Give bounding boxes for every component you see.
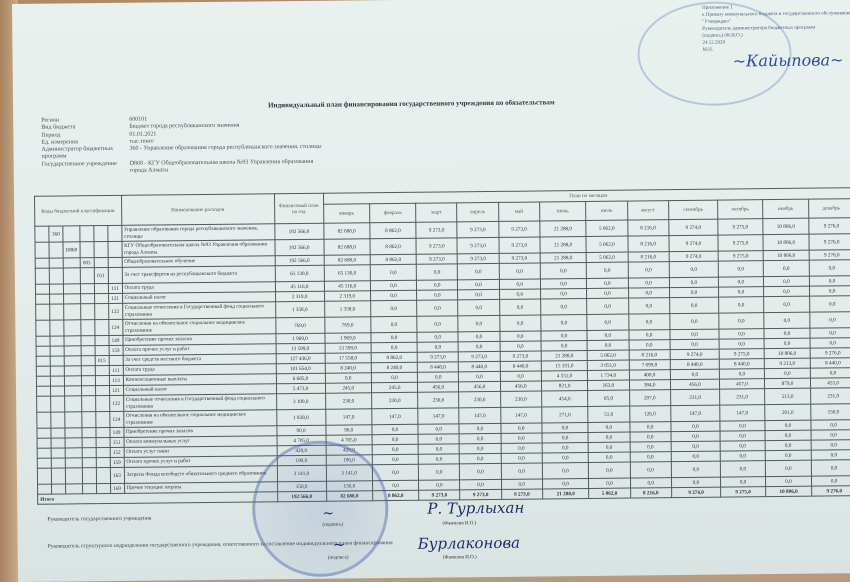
code-cell: 151 [110, 437, 124, 447]
month-value: 0,0 [587, 278, 628, 288]
annual-plan: 769,0 [275, 317, 324, 334]
expense-name: КГУ Общеобразовательная школа №93 Управл… [122, 240, 275, 258]
expense-name: Социальные отчисления в Государственный … [122, 302, 275, 320]
code-cell [51, 396, 65, 412]
code-cell [95, 366, 109, 376]
month-value: 0,0 [370, 264, 416, 280]
month-value: 0,0 [588, 442, 629, 452]
month-value: 65 130,0 [324, 265, 371, 281]
month-value: 207,0 [629, 390, 670, 406]
month-value: 0,0 [811, 420, 850, 430]
annual-plan: 192 566,0 [275, 255, 324, 266]
month-value: 82 688,0 [323, 223, 370, 239]
month-value: 9 275,0 [718, 219, 763, 235]
code-cell [79, 226, 93, 242]
month-value: 0,0 [416, 264, 457, 280]
code-cell [95, 376, 109, 386]
document-title: Индивидуальный план финансирования госуд… [268, 98, 555, 109]
code-cell [50, 366, 64, 376]
month-value: 0,0 [587, 330, 628, 340]
code-cell [81, 346, 95, 356]
code-cell [50, 304, 64, 320]
month-value: 0,0 [541, 340, 588, 350]
header-month: декабрь [809, 199, 850, 218]
month-value: 9 275,0 [718, 235, 763, 251]
month-value: 0,0 [588, 432, 629, 442]
month-value: 0,0 [670, 339, 720, 350]
header-month: июль [586, 201, 627, 220]
annual-plan: 127 436,0 [276, 353, 325, 364]
month-value: 0,0 [372, 424, 418, 434]
code-cell [37, 438, 51, 448]
code-cell [95, 386, 109, 396]
header-month: март [416, 203, 457, 222]
code-cell: 159 [110, 457, 124, 467]
month-value: 0,0 [670, 329, 720, 340]
month-value: 201,0 [764, 404, 811, 420]
month-value: 8 440,0 [670, 359, 720, 370]
code-cell [65, 396, 82, 412]
month-value: 0,0 [765, 440, 812, 450]
annual-plan: 192 566,0 [275, 239, 324, 256]
annual-plan: 3 100,0 [276, 393, 325, 410]
code-cell [81, 428, 95, 438]
code-cell [35, 226, 49, 242]
code-cell [36, 376, 50, 386]
code-cell [50, 294, 64, 304]
month-value: 0,0 [460, 463, 501, 479]
month-value: 0,0 [810, 296, 850, 312]
code-cell [109, 355, 123, 365]
month-value: 0,0 [540, 288, 587, 298]
month-value: 0,0 [458, 279, 499, 289]
month-value: 0,0 [417, 280, 458, 290]
code-cell [49, 258, 63, 268]
month-value: 15 191,0 [541, 360, 588, 370]
month-value: 0,0 [589, 478, 630, 488]
header-month: сентябрь [668, 200, 718, 220]
code-cell [52, 484, 66, 494]
month-value: 9 273,0 [499, 253, 540, 263]
month-value: 0,0 [542, 432, 589, 442]
meta-row: Государственное учреждениеD868 - КГУ Общ… [42, 158, 330, 176]
code-cell: 159 [109, 345, 123, 355]
month-value: 0,0 [501, 443, 542, 453]
month-value: 0,0 [418, 372, 459, 382]
code-cell: 124 [108, 319, 122, 335]
month-value: 0,0 [501, 463, 542, 479]
month-value: 0,0 [459, 423, 500, 433]
month-value: 9 274,0 [670, 349, 720, 360]
month-value: 21 288,0 [540, 252, 587, 262]
month-value: 0,0 [540, 278, 587, 288]
month-value: 230,0 [418, 392, 459, 408]
approval-block: Приложение 1к Приказу коммунального бюдж… [702, 3, 833, 53]
document-meta: Регион600101Вид бюджетаБюджет города рес… [41, 115, 330, 176]
month-value: 0,0 [669, 261, 719, 278]
month-value: 9 276,0 [810, 348, 850, 358]
code-cell [50, 376, 64, 386]
month-value: 0,0 [810, 328, 850, 338]
code-cell [96, 438, 110, 448]
month-value: 0,0 [810, 276, 850, 286]
month-value: 0,0 [458, 289, 499, 299]
code-cell [63, 258, 80, 268]
month-value: 0,0 [541, 330, 588, 340]
code-cell [63, 284, 80, 294]
code-cell [64, 376, 81, 386]
code-cell [36, 320, 50, 336]
month-value: 513,0 [764, 388, 811, 404]
month-value: 231,0 [720, 389, 765, 405]
month-value: 0,0 [669, 287, 719, 298]
code-cell [81, 412, 95, 428]
month-value: 13 599,0 [325, 343, 372, 353]
total-month-value: 9 274,0 [671, 487, 721, 498]
header-month: февраль [370, 203, 416, 222]
month-value: 0,0 [419, 480, 460, 490]
code-cell: 124 [109, 411, 123, 427]
month-value: 0,0 [587, 288, 628, 298]
code-cell [63, 268, 80, 284]
month-value: 0,0 [542, 422, 589, 432]
month-value: 0,0 [501, 423, 542, 433]
code-cell [96, 468, 110, 484]
code-cell [64, 294, 81, 304]
month-value: 0,0 [417, 342, 458, 352]
total-month-value: 9 275,0 [721, 487, 766, 497]
month-value: 147,0 [720, 405, 765, 421]
month-value: 147,0 [418, 408, 459, 424]
month-value: 0,0 [765, 450, 812, 460]
annual-plan: 65 130,0 [275, 265, 324, 282]
month-value: 0,0 [630, 462, 671, 478]
month-value: 0,0 [587, 314, 628, 330]
month-value: 5 062,0 [586, 252, 627, 262]
code-cell [65, 438, 82, 448]
month-value: 8 862,0 [370, 238, 416, 254]
annual-plan: 101 654,0 [276, 363, 325, 374]
code-cell [36, 304, 50, 320]
month-value: 0,0 [500, 371, 541, 381]
month-value: 4 551,0 [541, 370, 588, 380]
month-value: 0,0 [541, 314, 588, 330]
month-value: 384,0 [629, 380, 670, 390]
month-value: 8 216,0 [627, 220, 668, 236]
code-cell: 003 [80, 258, 94, 268]
month-value: 879,0 [764, 378, 811, 388]
code-cell: 149 [109, 335, 123, 345]
header-month: май [498, 202, 539, 221]
code-cell [81, 396, 95, 412]
month-value: 0,0 [810, 286, 850, 296]
code-cell: 122 [109, 395, 123, 411]
total-month-value: 10 806,0 [765, 486, 812, 496]
approval-signature: ~Кайыпова~ [733, 50, 844, 70]
annual-plan: 1 969,0 [275, 333, 324, 344]
month-value: 0,0 [499, 279, 540, 289]
month-value: 456,0 [670, 379, 720, 390]
month-value: 8 440,0 [810, 358, 850, 368]
code-cell: D868 [63, 242, 80, 258]
code-cell [37, 396, 51, 412]
month-value: 457,0 [720, 379, 765, 389]
code-cell: 360 [49, 226, 63, 242]
code-cell [94, 242, 108, 258]
responsible-signature-caption: (подпись) [328, 556, 349, 561]
month-value: 147,0 [372, 408, 418, 424]
month-value: 9 275,0 [718, 251, 763, 261]
code-cell [82, 438, 96, 448]
month-value: 0,0 [763, 296, 810, 312]
month-value: 0,0 [417, 316, 458, 332]
month-value: 21 288,0 [540, 236, 587, 252]
code-cell [65, 428, 82, 438]
month-value: 9 275,0 [719, 349, 764, 359]
code-cell: 011 [94, 268, 108, 284]
code-cell [96, 448, 110, 458]
month-value: 0,0 [720, 431, 765, 441]
month-value: 0,0 [720, 369, 765, 379]
code-cell [35, 242, 49, 258]
code-cell [80, 320, 94, 336]
month-value: 0,0 [587, 262, 628, 278]
expense-name: Затраты Фонда всеобщего обязательного ср… [124, 466, 277, 484]
month-value: 0,0 [763, 276, 810, 286]
month-value: 0,0 [499, 299, 540, 315]
month-value: 0,0 [371, 300, 417, 316]
month-value: 8 440,0 [500, 361, 541, 371]
month-value: 9 276,0 [809, 250, 850, 260]
code-cell: 149 [109, 427, 123, 437]
month-value: 0,0 [458, 341, 499, 351]
month-value: 0,0 [669, 297, 719, 314]
code-cell [94, 320, 108, 336]
code-cell [37, 428, 51, 438]
month-value: 456,0 [418, 382, 459, 392]
month-value: 8 440,0 [719, 359, 764, 369]
month-value: 0,0 [720, 441, 765, 451]
month-value: 455,0 [811, 378, 850, 388]
code-cell: 152 [110, 447, 124, 457]
code-cell [37, 412, 51, 428]
expense-name: Управление образования города республика… [121, 224, 274, 242]
month-value: 85,0 [588, 390, 629, 406]
month-value: 0,0 [628, 330, 669, 340]
code-cell [95, 428, 109, 438]
code-cell [37, 458, 51, 468]
month-value: 9 274,0 [669, 251, 719, 262]
month-value: 1 969,0 [324, 333, 371, 343]
month-value: 0,0 [628, 262, 669, 278]
month-value: 51,0 [588, 406, 629, 422]
code-cell [64, 366, 81, 376]
month-value: 8 240,0 [371, 362, 417, 372]
month-value: 9 273,0 [459, 351, 500, 361]
month-value: 769,0 [324, 317, 371, 333]
month-value: 2 319,0 [324, 291, 371, 301]
month-value: 0,0 [719, 287, 764, 297]
month-value: 230,0 [325, 393, 372, 409]
code-cell [50, 346, 64, 356]
month-value: 0,0 [764, 328, 811, 338]
code-cell [80, 268, 94, 284]
month-value: 0,0 [417, 332, 458, 342]
code-cell [37, 468, 51, 484]
head-label: Руководитель государственного учреждения [47, 516, 151, 523]
month-value: 0,0 [418, 424, 459, 434]
month-value: 8 240,0 [325, 363, 372, 373]
meta-label: Государственное учреждение [42, 161, 130, 177]
month-value: 126,0 [629, 406, 670, 422]
month-value: 0,0 [721, 477, 766, 487]
code-cell [66, 484, 83, 494]
month-value: 9 273,0 [416, 254, 457, 264]
month-value: 7 099,0 [629, 360, 670, 370]
month-value: 0,0 [542, 452, 589, 462]
header-month: ноябрь [762, 199, 809, 218]
code-cell [96, 483, 110, 493]
code-cell: 111 [108, 283, 122, 293]
month-value: 0,0 [418, 454, 459, 464]
month-value: 0,0 [588, 452, 629, 462]
month-value: 0,0 [765, 476, 812, 486]
code-cell [64, 304, 81, 320]
code-cell [95, 396, 109, 412]
month-value: 0,0 [458, 299, 499, 315]
annual-plan: 13 599,0 [276, 343, 325, 354]
month-value: 245,0 [371, 382, 417, 392]
month-value: 82 688,0 [324, 239, 371, 255]
month-value: 0,0 [499, 315, 540, 331]
annual-plan: 192 566,0 [274, 223, 323, 240]
month-value: 454,0 [541, 390, 588, 406]
code-cell [51, 386, 65, 396]
month-value: 8 216,0 [629, 350, 670, 360]
code-cell [36, 356, 50, 366]
code-cell [93, 226, 107, 242]
code-cell: 111 [109, 365, 123, 375]
code-cell: 121 [109, 385, 123, 395]
month-value: 0,0 [540, 262, 587, 278]
month-value: 3 051,0 [588, 360, 629, 370]
month-value: 8 440,0 [417, 362, 458, 372]
month-value: 0,0 [629, 422, 670, 432]
month-value: 0,0 [765, 460, 812, 476]
month-value: 0,0 [764, 338, 811, 348]
code-cell [82, 458, 96, 468]
month-value: 8 216,0 [628, 252, 669, 262]
annual-plan: 1 358,0 [275, 301, 324, 318]
meta-value: D868 - КГУ Общеобразовательная школа №93… [130, 158, 330, 175]
month-value: 245,0 [325, 383, 372, 393]
month-value: 456,0 [459, 381, 500, 391]
code-cell [37, 448, 51, 458]
head-name-caption: (Фамилия И.О.) [442, 521, 476, 526]
month-value: 8 216,0 [627, 236, 668, 252]
head-signature: ~ [322, 506, 334, 522]
month-value: 9 273,0 [498, 221, 539, 237]
month-value: 0,0 [628, 298, 669, 314]
code-cell [94, 304, 108, 320]
month-value: 0,0 [500, 341, 541, 351]
month-value: 0,0 [720, 451, 765, 461]
head-signature-caption: (подпись) [322, 523, 343, 528]
financing-plan-table: Коды бюджетной классификации Наименовани… [34, 187, 850, 505]
month-value: 0,0 [628, 314, 669, 330]
month-value: 231,0 [670, 389, 720, 406]
expense-name: За счет трансфертов из республиканского … [122, 266, 275, 284]
month-value: 0,0 [460, 453, 501, 463]
code-cell [36, 366, 50, 376]
month-value: 147,0 [459, 407, 500, 423]
month-value: 0,0 [671, 431, 721, 442]
month-value: 150,0 [811, 404, 850, 420]
month-value: 456,0 [500, 381, 541, 391]
code-cell [81, 356, 95, 366]
code-cell [50, 320, 64, 336]
month-value: 0,0 [812, 460, 850, 476]
month-value: 9 213,0 [764, 358, 811, 368]
code-cell [80, 294, 94, 304]
code-cell [51, 412, 65, 428]
code-cell [50, 336, 64, 346]
month-value: 0,0 [765, 420, 812, 430]
document-page: Приложение 1к Приказу коммунального бюдж… [12, 0, 850, 582]
code-cell: 169 [110, 483, 124, 493]
month-value: 0,0 [499, 289, 540, 299]
responsible-name-signature: Бурлаконова [418, 534, 521, 553]
total-month-value: 8 216,0 [630, 488, 671, 498]
month-value: 0,0 [459, 433, 500, 443]
month-value: 147,0 [325, 409, 372, 425]
month-value: 0,0 [810, 312, 850, 328]
month-value: 0,0 [719, 313, 764, 329]
month-value: 0,0 [542, 462, 589, 478]
code-cell [51, 448, 65, 458]
header-month: август [627, 201, 668, 220]
month-value: 400,0 [629, 370, 670, 380]
month-value: 0,0 [371, 372, 417, 382]
annual-plan: 5 473,0 [276, 383, 325, 394]
code-cell [108, 241, 122, 257]
code-cell [96, 458, 110, 468]
month-value: 17 558,0 [325, 353, 372, 363]
month-value: 0,0 [671, 451, 721, 462]
code-cell [51, 438, 65, 448]
code-cell [49, 268, 63, 284]
code-cell [81, 366, 95, 376]
month-value: 0,0 [669, 277, 719, 288]
code-cell [65, 448, 82, 458]
code-cell [108, 257, 122, 267]
annual-plan: 45 116,0 [275, 281, 324, 292]
code-cell [51, 458, 65, 468]
code-cell [64, 336, 81, 346]
month-value: 82 688,0 [324, 255, 371, 265]
header-annual: Финансовый план на год [274, 193, 323, 224]
month-value: 0,0 [718, 261, 763, 277]
header-month: октябрь [718, 200, 763, 219]
month-value: 271,0 [542, 406, 589, 422]
month-value: 0,0 [589, 462, 630, 478]
month-value: 8 862,0 [370, 254, 416, 264]
code-cell [38, 484, 52, 494]
month-value: 1 734,0 [588, 370, 629, 380]
code-cell [94, 294, 108, 304]
month-value: 0,0 [810, 338, 850, 348]
code-cell [49, 242, 63, 258]
